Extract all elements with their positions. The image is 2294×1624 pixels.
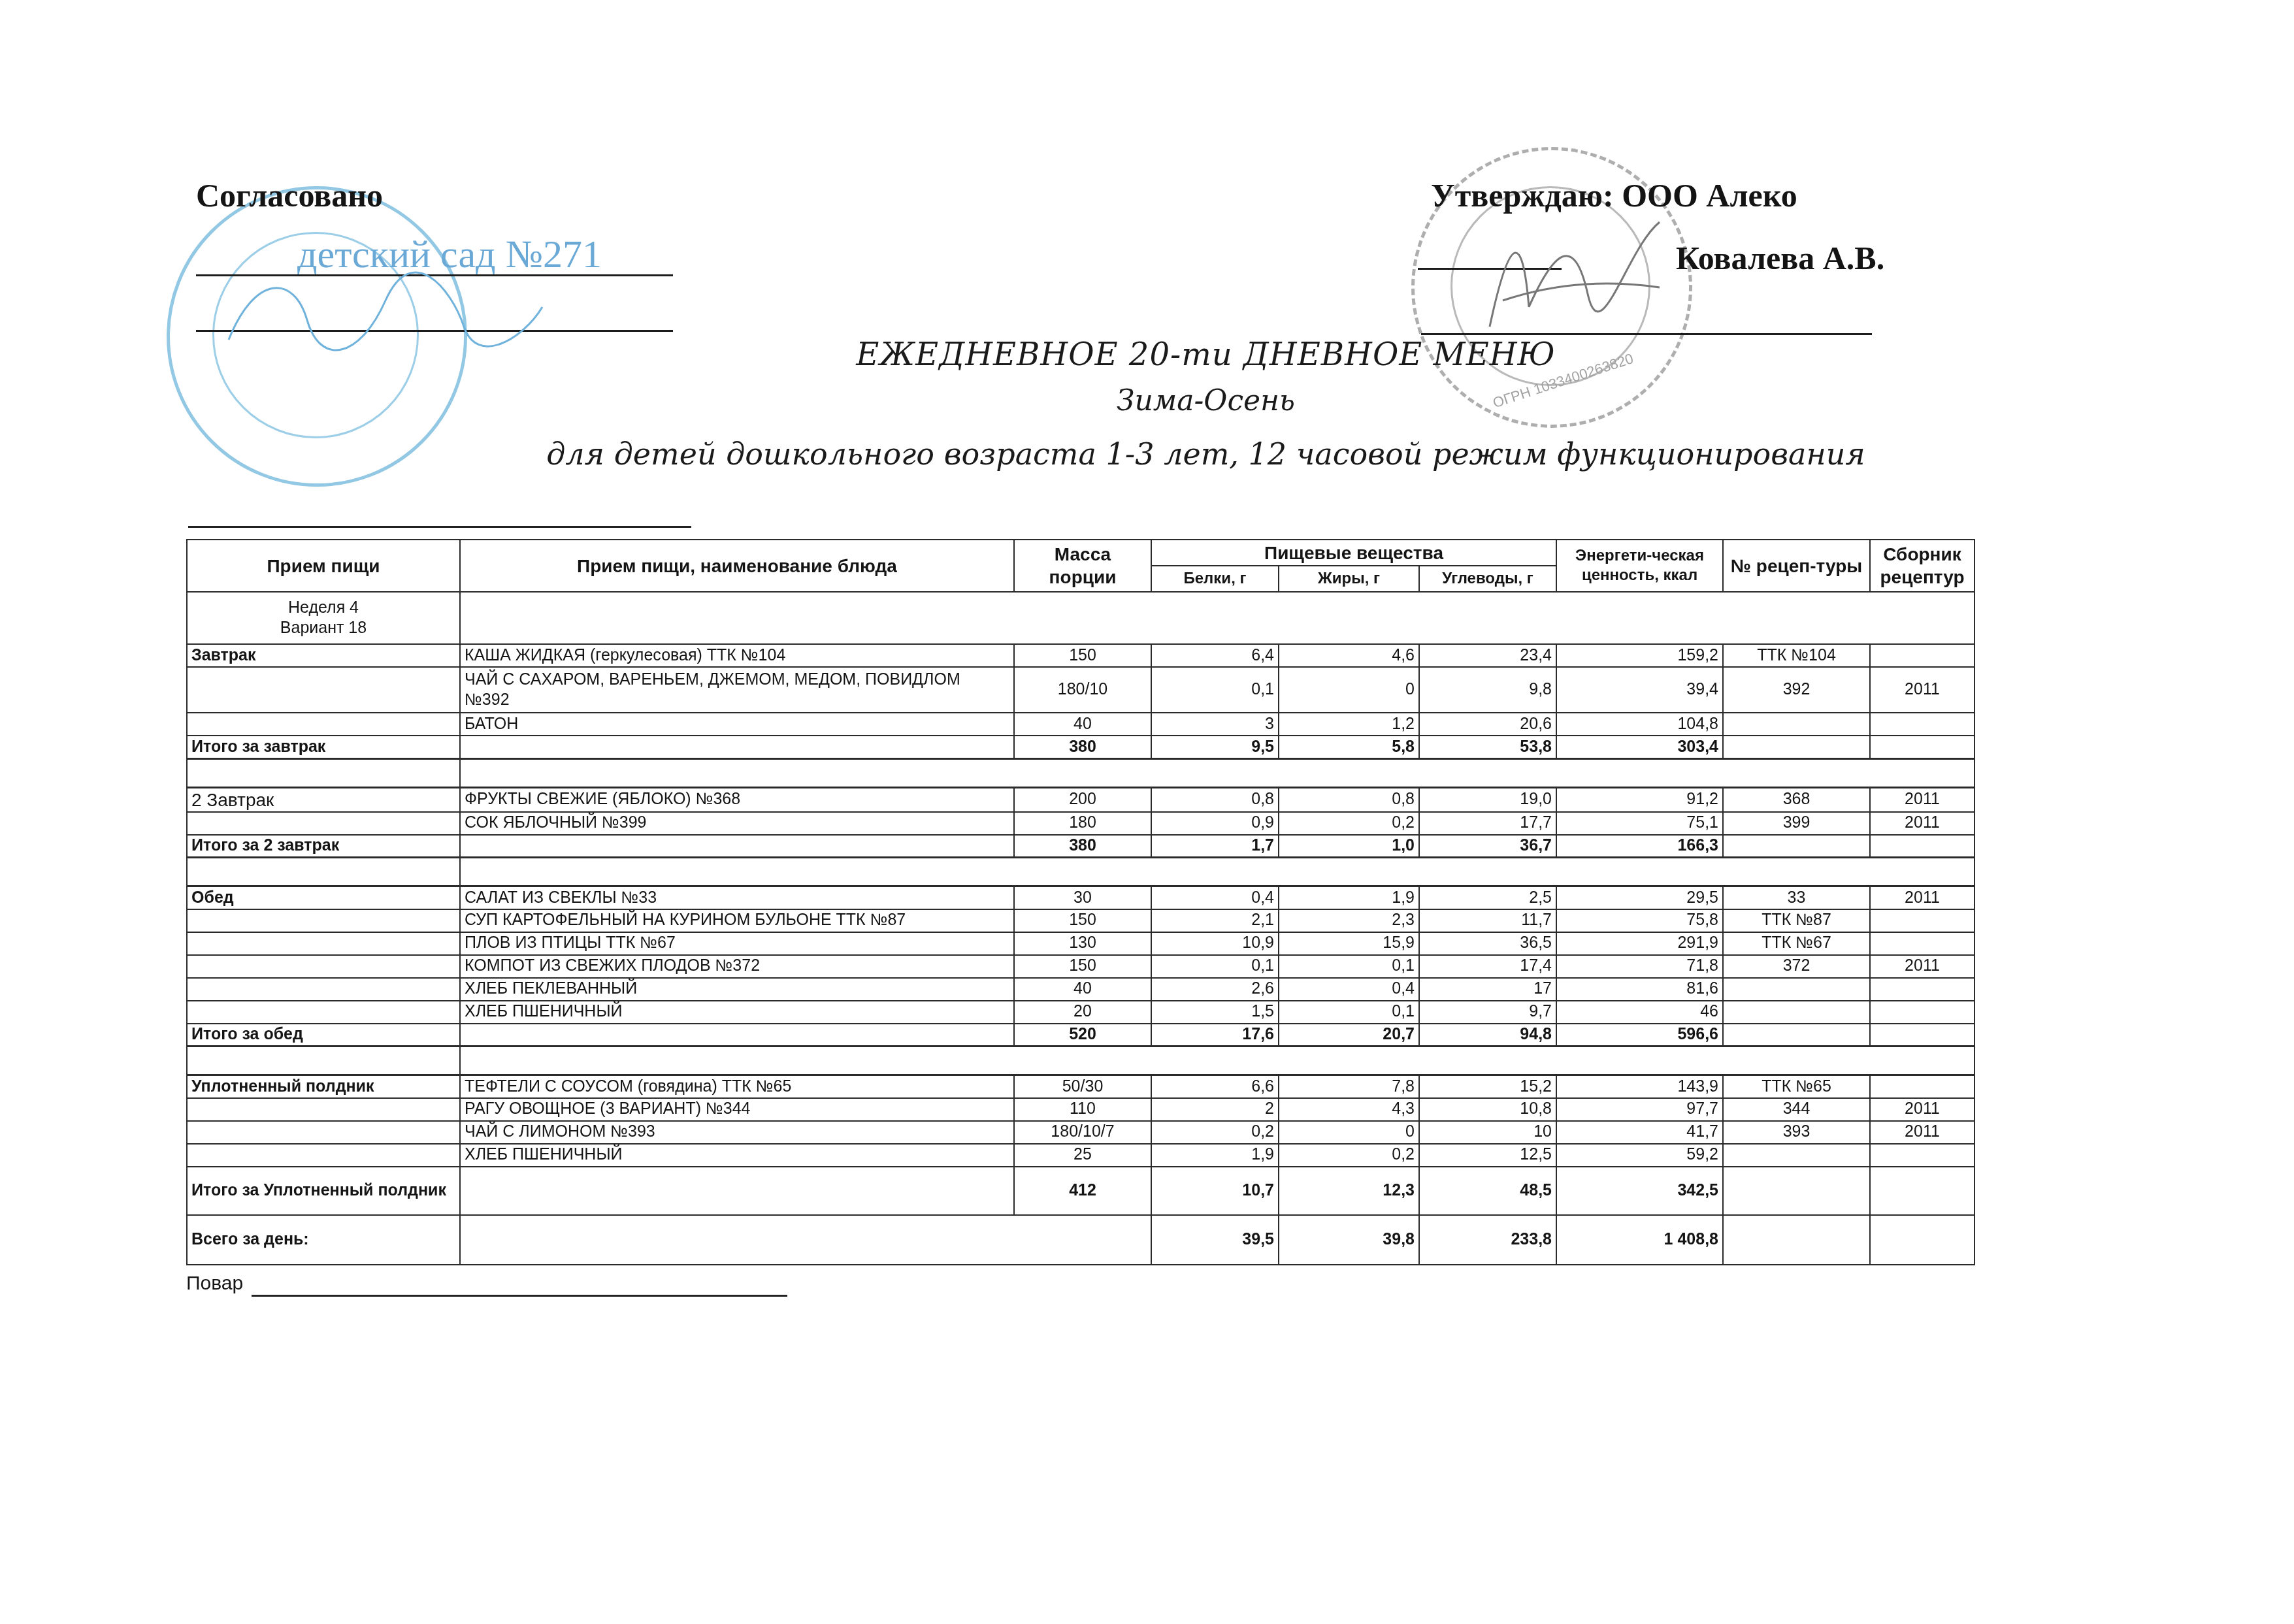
portion-mass: 150 bbox=[1014, 955, 1151, 978]
energy-value: 46 bbox=[1556, 1001, 1723, 1024]
meal-name-empty bbox=[187, 1121, 460, 1144]
meal-name-empty bbox=[187, 667, 460, 713]
energy-value: 59,2 bbox=[1556, 1144, 1723, 1167]
dish-name: ФРУКТЫ СВЕЖИЕ (ЯБЛОКО) №368 bbox=[460, 787, 1014, 812]
total-recipe-empty bbox=[1723, 736, 1870, 758]
fat-value: 1,2 bbox=[1279, 713, 1419, 736]
carbs-value: 15,2 bbox=[1419, 1075, 1556, 1098]
spacer-cell bbox=[187, 858, 460, 886]
recipe-collection: 2011 bbox=[1870, 1098, 1974, 1121]
energy-value: 159,2 bbox=[1556, 644, 1723, 667]
section-total-row: Итого за 2 завтрак3801,71,036,7166,3 bbox=[187, 835, 1974, 858]
recipe-number bbox=[1723, 1144, 1870, 1167]
total-dish-empty bbox=[460, 1167, 1014, 1215]
fat-value: 0,4 bbox=[1279, 978, 1419, 1001]
recipe-number bbox=[1723, 1001, 1870, 1024]
total-dish-empty bbox=[460, 736, 1014, 758]
section-total-row: Итого за обед52017,620,794,8596,6 bbox=[187, 1024, 1974, 1047]
recipe-collection: 2011 bbox=[1870, 955, 1974, 978]
portion-mass: 20 bbox=[1014, 1001, 1151, 1024]
portion-mass: 50/30 bbox=[1014, 1075, 1151, 1098]
recipe-number: 399 bbox=[1723, 812, 1870, 835]
fat-value: 0 bbox=[1279, 1121, 1419, 1144]
recipe-collection bbox=[1870, 1144, 1974, 1167]
table-row: СУП КАРТОФЕЛЬНЫЙ НА КУРИНОМ БУЛЬОНЕ ТТК … bbox=[187, 909, 1974, 932]
dish-name: БАТОН bbox=[460, 713, 1014, 736]
recipe-number: ТТК №67 bbox=[1723, 932, 1870, 955]
energy-value: 91,2 bbox=[1556, 787, 1723, 812]
total-collection-empty bbox=[1870, 1167, 1974, 1215]
cook-label: Повар bbox=[186, 1273, 243, 1295]
total-fat: 12,3 bbox=[1279, 1167, 1419, 1215]
total-fat: 20,7 bbox=[1279, 1024, 1419, 1047]
total-fat: 5,8 bbox=[1279, 736, 1419, 758]
section-total-row: Итого за Уплотненный полдник41210,712,34… bbox=[187, 1167, 1974, 1215]
dish-name: ЧАЙ С ЛИМОНОМ №393 bbox=[460, 1121, 1014, 1144]
protein-value: 10,9 bbox=[1151, 932, 1279, 955]
total-protein: 10,7 bbox=[1151, 1167, 1279, 1215]
variant-label: Вариант 18 bbox=[191, 618, 455, 638]
meal-name: Обед bbox=[187, 886, 460, 909]
total-energy: 596,6 bbox=[1556, 1024, 1723, 1047]
total-mass: 412 bbox=[1014, 1167, 1151, 1215]
season-subtitle: Зима-Осень bbox=[0, 384, 2294, 417]
header-energy: Энергети-ческая ценность, ккал bbox=[1556, 540, 1723, 592]
total-protein: 9,5 bbox=[1151, 736, 1279, 758]
total-energy: 166,3 bbox=[1556, 835, 1723, 858]
protein-value: 0,4 bbox=[1151, 886, 1279, 909]
table-row: ЧАЙ С САХАРОМ, ВАРЕНЬЕМ, ДЖЕМОМ, МЕДОМ, … bbox=[187, 667, 1974, 713]
table-row: ЗавтракКАША ЖИДКАЯ (геркулесовая) ТТК №1… bbox=[187, 644, 1974, 667]
portion-mass: 180/10/7 bbox=[1014, 1121, 1151, 1144]
protein-value: 2,6 bbox=[1151, 978, 1279, 1001]
meal-name-empty bbox=[187, 1098, 460, 1121]
total-protein: 1,7 bbox=[1151, 835, 1279, 858]
week-label: Неделя 4 bbox=[191, 598, 455, 618]
signature-scribble-right bbox=[1464, 209, 1686, 353]
section-total-row: Итого за завтрак3809,55,853,8303,4 bbox=[187, 736, 1974, 758]
fat-value: 4,3 bbox=[1279, 1098, 1419, 1121]
fat-value: 0,8 bbox=[1279, 787, 1419, 812]
day-total-carbs: 233,8 bbox=[1419, 1215, 1556, 1265]
total-label: Итого за Уплотненный полдник bbox=[187, 1167, 460, 1215]
spacer-cell bbox=[187, 758, 460, 787]
recipe-collection bbox=[1870, 644, 1974, 667]
meal-name-empty bbox=[187, 1144, 460, 1167]
spacer-row bbox=[187, 858, 1974, 886]
total-collection-empty bbox=[1870, 736, 1974, 758]
carbs-value: 9,7 bbox=[1419, 1001, 1556, 1024]
day-total-empty bbox=[460, 1215, 1151, 1265]
dish-name: СОК ЯБЛОЧНЫЙ №399 bbox=[460, 812, 1014, 835]
carbs-value: 11,7 bbox=[1419, 909, 1556, 932]
total-recipe-empty bbox=[1723, 1024, 1870, 1047]
table-row: ХЛЕБ ПШЕНИЧНЫЙ251,90,212,559,2 bbox=[187, 1144, 1974, 1167]
protein-value: 2 bbox=[1151, 1098, 1279, 1121]
table-row: ХЛЕБ ПЕКЛЕВАННЫЙ402,60,41781,6 bbox=[187, 978, 1974, 1001]
fat-value: 15,9 bbox=[1279, 932, 1419, 955]
recipe-number: ТТК №104 bbox=[1723, 644, 1870, 667]
carbs-value: 19,0 bbox=[1419, 787, 1556, 812]
total-carbs: 94,8 bbox=[1419, 1024, 1556, 1047]
recipe-collection: 2011 bbox=[1870, 886, 1974, 909]
table-row: ОбедСАЛАТ ИЗ СВЕКЛЫ №33300,41,92,529,533… bbox=[187, 886, 1974, 909]
meal-name-empty bbox=[187, 955, 460, 978]
protein-value: 0,9 bbox=[1151, 812, 1279, 835]
approver-name: Ковалева А.В. bbox=[1676, 239, 1884, 277]
agreed-label: Согласовано bbox=[196, 177, 383, 214]
total-recipe-empty bbox=[1723, 1167, 1870, 1215]
table-row: РАГУ ОВОЩНОЕ (3 ВАРИАНТ) №34411024,310,8… bbox=[187, 1098, 1974, 1121]
total-energy: 303,4 bbox=[1556, 736, 1723, 758]
dish-name: ХЛЕБ ПШЕНИЧНЫЙ bbox=[460, 1144, 1014, 1167]
spacer-row bbox=[187, 1047, 1974, 1075]
dish-name: ЧАЙ С САХАРОМ, ВАРЕНЬЕМ, ДЖЕМОМ, МЕДОМ, … bbox=[460, 667, 1014, 713]
fat-value: 0,1 bbox=[1279, 955, 1419, 978]
audience-subtitle: для детей дошкольного возраста 1-3 лет, … bbox=[0, 436, 2294, 472]
carbs-value: 23,4 bbox=[1419, 644, 1556, 667]
spacer-cell bbox=[460, 1047, 1974, 1075]
total-dish-empty bbox=[460, 835, 1014, 858]
fat-value: 1,9 bbox=[1279, 886, 1419, 909]
carbs-value: 36,5 bbox=[1419, 932, 1556, 955]
energy-value: 291,9 bbox=[1556, 932, 1723, 955]
dish-name: ТЕФТЕЛИ С СОУСОМ (говядина) ТТК №65 bbox=[460, 1075, 1014, 1098]
header-mass: Масса порции bbox=[1014, 540, 1151, 592]
day-total-energy: 1 408,8 bbox=[1556, 1215, 1723, 1265]
recipe-collection: 2011 bbox=[1870, 1121, 1974, 1144]
table-row: ХЛЕБ ПШЕНИЧНЫЙ201,50,19,746 bbox=[187, 1001, 1974, 1024]
portion-mass: 110 bbox=[1014, 1098, 1151, 1121]
spacer-cell bbox=[460, 758, 1974, 787]
protein-value: 6,6 bbox=[1151, 1075, 1279, 1098]
day-total-fat: 39,8 bbox=[1279, 1215, 1419, 1265]
dish-name: КОМПОТ ИЗ СВЕЖИХ ПЛОДОВ №372 bbox=[460, 955, 1014, 978]
table-row: БАТОН4031,220,6104,8 bbox=[187, 713, 1974, 736]
energy-value: 71,8 bbox=[1556, 955, 1723, 978]
carbs-value: 17 bbox=[1419, 978, 1556, 1001]
recipe-collection bbox=[1870, 932, 1974, 955]
total-recipe-empty bbox=[1723, 835, 1870, 858]
portion-mass: 180/10 bbox=[1014, 667, 1151, 713]
fat-value: 0 bbox=[1279, 667, 1419, 713]
protein-value: 3 bbox=[1151, 713, 1279, 736]
meal-name: Уплотненный полдник bbox=[187, 1075, 460, 1098]
day-total-protein: 39,5 bbox=[1151, 1215, 1279, 1265]
total-protein: 17,6 bbox=[1151, 1024, 1279, 1047]
energy-value: 81,6 bbox=[1556, 978, 1723, 1001]
protein-value: 1,5 bbox=[1151, 1001, 1279, 1024]
header-meal: Прием пищи bbox=[187, 540, 460, 592]
dish-name: ХЛЕБ ПШЕНИЧНЫЙ bbox=[460, 1001, 1014, 1024]
day-total-collection-empty bbox=[1870, 1215, 1974, 1265]
day-total-row: Всего за день:39,539,8233,81 408,8 bbox=[187, 1215, 1974, 1265]
portion-mass: 30 bbox=[1014, 886, 1151, 909]
header-protein: Белки, г bbox=[1151, 566, 1279, 592]
carbs-value: 17,7 bbox=[1419, 812, 1556, 835]
day-total-recipe-empty bbox=[1723, 1215, 1870, 1265]
table-row: КОМПОТ ИЗ СВЕЖИХ ПЛОДОВ №3721500,10,117,… bbox=[187, 955, 1974, 978]
fat-value: 4,6 bbox=[1279, 644, 1419, 667]
energy-value: 75,1 bbox=[1556, 812, 1723, 835]
portion-mass: 130 bbox=[1014, 932, 1151, 955]
recipe-collection: 2011 bbox=[1870, 667, 1974, 713]
spacer-row bbox=[187, 758, 1974, 787]
spacer-cell bbox=[187, 1047, 460, 1075]
total-dish-empty bbox=[460, 1024, 1014, 1047]
meal-name-empty bbox=[187, 932, 460, 955]
recipe-collection bbox=[1870, 1001, 1974, 1024]
recipe-number: ТТК №65 bbox=[1723, 1075, 1870, 1098]
header-carbs: Углеводы, г bbox=[1419, 566, 1556, 592]
fat-value: 0,1 bbox=[1279, 1001, 1419, 1024]
meal-name-empty bbox=[187, 1001, 460, 1024]
carbs-value: 10,8 bbox=[1419, 1098, 1556, 1121]
recipe-collection: 2011 bbox=[1870, 812, 1974, 835]
recipe-collection bbox=[1870, 909, 1974, 932]
total-energy: 342,5 bbox=[1556, 1167, 1723, 1215]
total-fat: 1,0 bbox=[1279, 835, 1419, 858]
cook-signature-line bbox=[252, 1295, 787, 1297]
fat-value: 7,8 bbox=[1279, 1075, 1419, 1098]
meal-name-empty bbox=[187, 812, 460, 835]
meal-name-empty bbox=[187, 713, 460, 736]
total-mass: 520 bbox=[1014, 1024, 1151, 1047]
header-collection: Сборник рецептур bbox=[1870, 540, 1974, 592]
total-mass: 380 bbox=[1014, 835, 1151, 858]
total-label: Итого за 2 завтрак bbox=[187, 835, 460, 858]
spacer-cell bbox=[460, 858, 1974, 886]
protein-value: 0,1 bbox=[1151, 667, 1279, 713]
total-label: Итого за обед bbox=[187, 1024, 460, 1047]
total-label: Итого за завтрак bbox=[187, 736, 460, 758]
recipe-collection bbox=[1870, 978, 1974, 1001]
day-total-label: Всего за день: bbox=[187, 1215, 460, 1265]
portion-mass: 40 bbox=[1014, 978, 1151, 1001]
fat-value: 2,3 bbox=[1279, 909, 1419, 932]
meal-name: 2 Завтрак bbox=[187, 787, 460, 812]
fat-value: 0,2 bbox=[1279, 812, 1419, 835]
recipe-number: 392 bbox=[1723, 667, 1870, 713]
energy-value: 97,7 bbox=[1556, 1098, 1723, 1121]
meal-name: Завтрак bbox=[187, 644, 460, 667]
carbs-value: 10 bbox=[1419, 1121, 1556, 1144]
protein-value: 1,9 bbox=[1151, 1144, 1279, 1167]
dish-name: САЛАТ ИЗ СВЕКЛЫ №33 bbox=[460, 886, 1014, 909]
recipe-collection: 2011 bbox=[1870, 787, 1974, 812]
carbs-value: 17,4 bbox=[1419, 955, 1556, 978]
agreed-block: Согласовано bbox=[196, 176, 383, 214]
portion-mass: 180 bbox=[1014, 812, 1151, 835]
protein-value: 2,1 bbox=[1151, 909, 1279, 932]
protein-value: 6,4 bbox=[1151, 644, 1279, 667]
carbs-value: 20,6 bbox=[1419, 713, 1556, 736]
header-fat: Жиры, г bbox=[1279, 566, 1419, 592]
dish-name: ПЛОВ ИЗ ПТИЦЫ ТТК №67 bbox=[460, 932, 1014, 955]
divider-line bbox=[188, 526, 691, 528]
recipe-number: 368 bbox=[1723, 787, 1870, 812]
protein-value: 0,2 bbox=[1151, 1121, 1279, 1144]
header-dish: Прием пищи, наименование блюда bbox=[460, 540, 1014, 592]
recipe-number bbox=[1723, 713, 1870, 736]
portion-mass: 200 bbox=[1014, 787, 1151, 812]
total-carbs: 36,7 bbox=[1419, 835, 1556, 858]
portion-mass: 40 bbox=[1014, 713, 1151, 736]
header-nutrients: Пищевые вещества bbox=[1151, 540, 1556, 566]
week-variant-cell: Неделя 4 Вариант 18 bbox=[187, 592, 460, 644]
recipe-number: 33 bbox=[1723, 886, 1870, 909]
recipe-number: 344 bbox=[1723, 1098, 1870, 1121]
fat-value: 0,2 bbox=[1279, 1144, 1419, 1167]
dish-name: СУП КАРТОФЕЛЬНЫЙ НА КУРИНОМ БУЛЬОНЕ ТТК … bbox=[460, 909, 1014, 932]
energy-value: 104,8 bbox=[1556, 713, 1723, 736]
recipe-collection bbox=[1870, 1075, 1974, 1098]
total-mass: 380 bbox=[1014, 736, 1151, 758]
menu-title: ЕЖЕДНЕВНОЕ 20-ти ДНЕВНОЕ МЕНЮ bbox=[0, 336, 2294, 373]
table-row: ПЛОВ ИЗ ПТИЦЫ ТТК №6713010,915,936,5291,… bbox=[187, 932, 1974, 955]
protein-value: 0,1 bbox=[1151, 955, 1279, 978]
menu-table: Прием пищи Прием пищи, наименование блюд… bbox=[186, 539, 1975, 1265]
total-carbs: 53,8 bbox=[1419, 736, 1556, 758]
dish-name: РАГУ ОВОЩНОЕ (3 ВАРИАНТ) №344 bbox=[460, 1098, 1014, 1121]
meal-name-empty bbox=[187, 909, 460, 932]
table-row: СОК ЯБЛОЧНЫЙ №3991800,90,217,775,1399201… bbox=[187, 812, 1974, 835]
table-row: 2 ЗавтракФРУКТЫ СВЕЖИЕ (ЯБЛОКО) №3682000… bbox=[187, 787, 1974, 812]
meal-name-empty bbox=[187, 978, 460, 1001]
energy-value: 143,9 bbox=[1556, 1075, 1723, 1098]
recipe-collection bbox=[1870, 713, 1974, 736]
recipe-number: ТТК №87 bbox=[1723, 909, 1870, 932]
total-carbs: 48,5 bbox=[1419, 1167, 1556, 1215]
energy-value: 29,5 bbox=[1556, 886, 1723, 909]
week-row-empty bbox=[460, 592, 1974, 644]
protein-value: 0,8 bbox=[1151, 787, 1279, 812]
energy-value: 75,8 bbox=[1556, 909, 1723, 932]
recipe-number: 372 bbox=[1723, 955, 1870, 978]
portion-mass: 150 bbox=[1014, 644, 1151, 667]
carbs-value: 12,5 bbox=[1419, 1144, 1556, 1167]
table-row: Уплотненный полдникТЕФТЕЛИ С СОУСОМ (гов… bbox=[187, 1075, 1974, 1098]
carbs-value: 2,5 bbox=[1419, 886, 1556, 909]
total-collection-empty bbox=[1870, 1024, 1974, 1047]
header-recipe-no: № рецеп-туры bbox=[1723, 540, 1870, 592]
recipe-number bbox=[1723, 978, 1870, 1001]
recipe-number: 393 bbox=[1723, 1121, 1870, 1144]
table-row: ЧАЙ С ЛИМОНОМ №393180/10/70,201041,73932… bbox=[187, 1121, 1974, 1144]
energy-value: 41,7 bbox=[1556, 1121, 1723, 1144]
energy-value: 39,4 bbox=[1556, 667, 1723, 713]
carbs-value: 9,8 bbox=[1419, 667, 1556, 713]
dish-name: ХЛЕБ ПЕКЛЕВАННЫЙ bbox=[460, 978, 1014, 1001]
portion-mass: 150 bbox=[1014, 909, 1151, 932]
portion-mass: 25 bbox=[1014, 1144, 1151, 1167]
total-collection-empty bbox=[1870, 835, 1974, 858]
dish-name: КАША ЖИДКАЯ (геркулесовая) ТТК №104 bbox=[460, 644, 1014, 667]
